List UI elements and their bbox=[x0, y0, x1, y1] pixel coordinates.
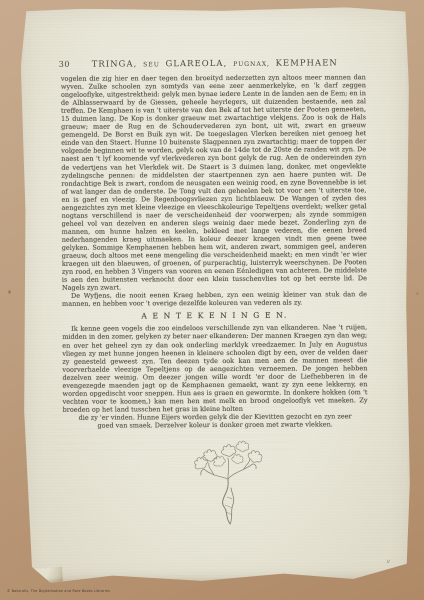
title-kemphaen: KEMPHAEN bbox=[276, 57, 338, 67]
vignette-trunk bbox=[222, 479, 233, 524]
page-corner-fold bbox=[26, 567, 63, 585]
text-column: vogelen die zig hier en daer tegen den b… bbox=[61, 73, 368, 529]
vignette-leaves bbox=[191, 440, 264, 472]
mat-stain-right bbox=[416, 292, 419, 295]
title-pugnax: Pugnax, bbox=[233, 61, 270, 68]
body-paragraph-notes: Ik kenne geen vogels die zoo eindeloos v… bbox=[62, 324, 367, 414]
page-header: 30 TRINGA, seu GLAREOLA, Pugnax, KEMPHAE… bbox=[21, 57, 409, 73]
scan-attribution: © Naturalis, The Digitalisation and Rare… bbox=[7, 589, 110, 593]
book-page: 30 TRINGA, seu GLAREOLA, Pugnax, KEMPHAE… bbox=[20, 7, 411, 583]
title-genus: TRINGA, bbox=[92, 58, 138, 68]
vignette-branch-illustration bbox=[63, 437, 368, 529]
mat-stain-left bbox=[8, 290, 11, 294]
vignette-svg bbox=[189, 438, 267, 526]
title-glareola: GLAREOLA, bbox=[166, 58, 228, 68]
section-heading-aentekeningen: A E N T E K E N I N G E N. bbox=[62, 312, 367, 322]
page-title: TRINGA, seu GLAREOLA, Pugnax, KEMPHAEN bbox=[21, 57, 409, 69]
pencil-check-mark: v bbox=[386, 558, 390, 565]
body-paragraph-description: vogelen die zig hier en daer tegen den b… bbox=[61, 73, 367, 292]
notes-tail-line-2: goed van smaek. Derzelver koleur is donk… bbox=[63, 420, 368, 430]
title-seu: seu bbox=[143, 61, 160, 68]
body-paragraph-females: De Wyfjens, die nooit eenen Kraeg hebben… bbox=[62, 290, 367, 308]
